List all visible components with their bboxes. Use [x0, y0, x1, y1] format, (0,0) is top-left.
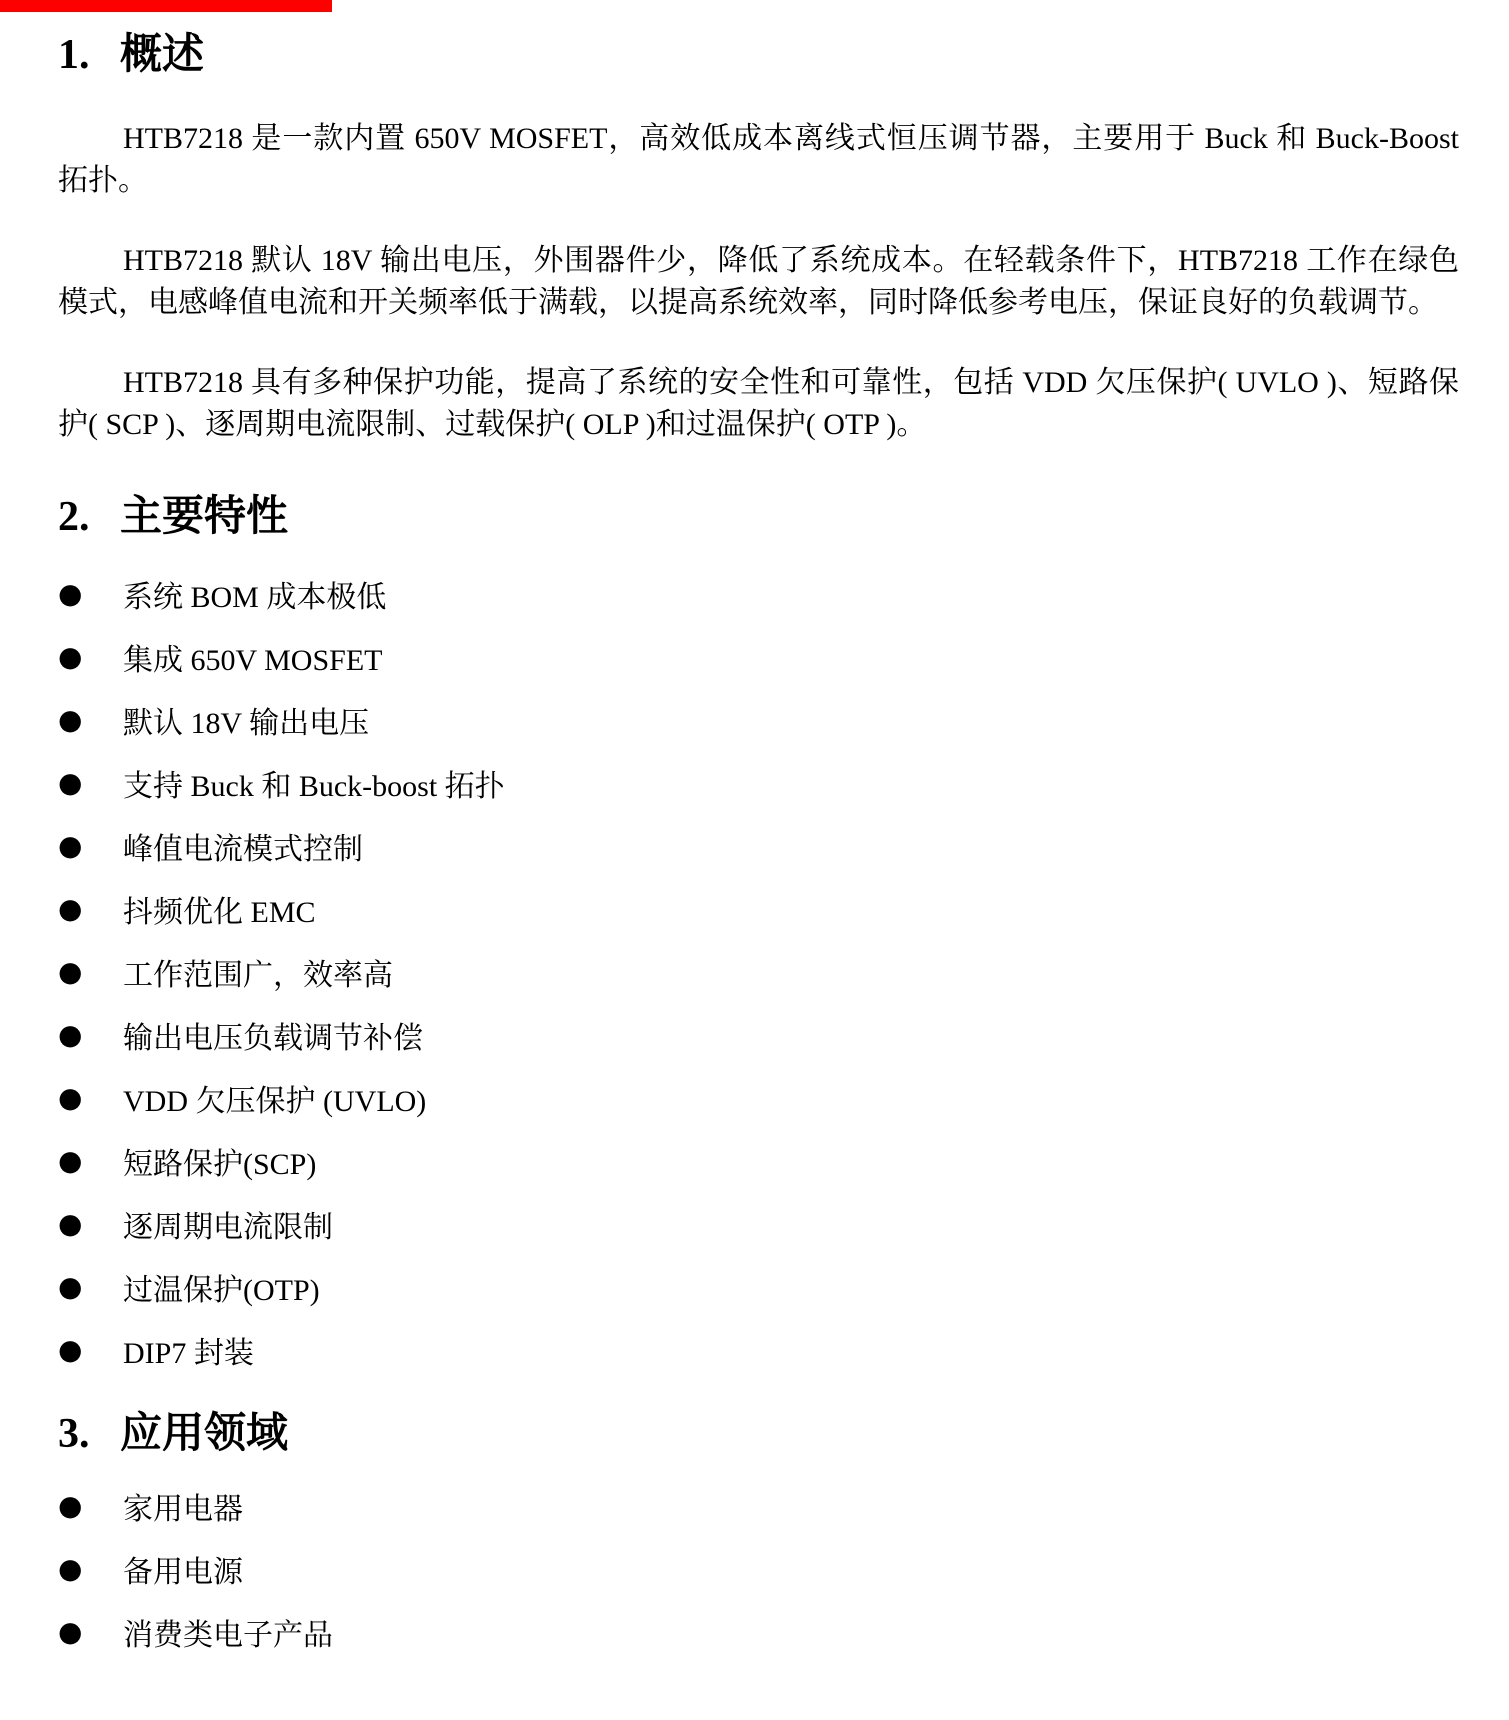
- section-heading: 1. 概述: [58, 30, 1459, 80]
- bullet-item: ● 输出电压负载调节补偿: [58, 1003, 1459, 1066]
- bullet-marker: ●: [58, 1021, 123, 1049]
- bullet-item: ● 消费类电子产品: [58, 1600, 1459, 1663]
- section-title: 概述: [120, 30, 204, 80]
- bullet-text: 过温保护(OTP): [123, 1265, 320, 1309]
- section-title: 应用领域: [120, 1409, 288, 1459]
- bullet-item: ● 集成 650V MOSFET: [58, 625, 1459, 688]
- bullet-item: ● DIP7 封装: [58, 1318, 1459, 1381]
- bullet-item: ● 支持 Buck 和 Buck-boost 拓扑: [58, 751, 1459, 814]
- document-content: 1. 概述 HTB7218 是一款内置 650V MOSFET，高效低成本离线式…: [58, 30, 1459, 1663]
- paragraph: HTB7218 是一款内置 650V MOSFET，高效低成本离线式恒压调节器，…: [58, 118, 1459, 202]
- redaction-bar: [0, 0, 332, 12]
- section-title: 主要特性: [120, 492, 288, 542]
- document-section: 1. 概述 HTB7218 是一款内置 650V MOSFET，高效低成本离线式…: [58, 30, 1459, 446]
- bullet-marker: ●: [58, 1555, 123, 1583]
- bullet-marker: ●: [58, 1492, 123, 1520]
- bullet-item: ● 逐周期电流限制: [58, 1192, 1459, 1255]
- bullet-item: ● 系统 BOM 成本极低: [58, 562, 1459, 625]
- bullet-marker: ●: [58, 1618, 123, 1646]
- bullet-list: ● 系统 BOM 成本极低 ● 集成 650V MOSFET ● 默认 18V …: [58, 562, 1459, 1381]
- section-heading: 3. 应用领域: [58, 1409, 1459, 1459]
- bullet-text: 家用电器: [123, 1484, 243, 1528]
- bullet-text: 消费类电子产品: [123, 1610, 333, 1654]
- bullet-marker: ●: [58, 1210, 123, 1238]
- section-heading: 2. 主要特性: [58, 492, 1459, 542]
- bullet-item: ● 过温保护(OTP): [58, 1255, 1459, 1318]
- bullet-item: ● 默认 18V 输出电压: [58, 688, 1459, 751]
- bullet-marker: ●: [58, 643, 123, 671]
- bullet-marker: ●: [58, 895, 123, 923]
- paragraph: HTB7218 默认 18V 输出电压，外围器件少，降低了系统成本。在轻载条件下…: [58, 240, 1459, 324]
- bullet-item: ● 备用电源: [58, 1537, 1459, 1600]
- bullet-marker: ●: [58, 769, 123, 797]
- document-section: 2. 主要特性 ● 系统 BOM 成本极低 ● 集成 650V MOSFET ●…: [58, 492, 1459, 1381]
- bullet-item: ● 工作范围广，效率高: [58, 940, 1459, 1003]
- section-number: 1.: [58, 30, 120, 80]
- bullet-marker: ●: [58, 1273, 123, 1301]
- bullet-marker: ●: [58, 580, 123, 608]
- bullet-item: ● 家用电器: [58, 1474, 1459, 1537]
- bullet-text: 峰值电流模式控制: [123, 824, 363, 868]
- bullet-text: 输出电压负载调节补偿: [123, 1013, 423, 1057]
- bullet-marker: ●: [58, 1084, 123, 1112]
- bullet-item: ● 短路保护(SCP): [58, 1129, 1459, 1192]
- paragraph: HTB7218 具有多种保护功能，提高了系统的安全性和可靠性，包括 VDD 欠压…: [58, 362, 1459, 446]
- bullet-item: ● 峰值电流模式控制: [58, 814, 1459, 877]
- bullet-marker: ●: [58, 1336, 123, 1364]
- page: 1. 概述 HTB7218 是一款内置 650V MOSFET，高效低成本离线式…: [0, 0, 1509, 1720]
- bullet-text: 集成 650V MOSFET: [123, 635, 382, 679]
- section-number: 2.: [58, 492, 120, 542]
- bullet-text: 系统 BOM 成本极低: [123, 572, 386, 616]
- bullet-list: ● 家用电器 ● 备用电源 ● 消费类电子产品: [58, 1474, 1459, 1663]
- bullet-text: 备用电源: [123, 1547, 243, 1591]
- bullet-marker: ●: [58, 1147, 123, 1175]
- bullet-marker: ●: [58, 706, 123, 734]
- document-section: 3. 应用领域 ● 家用电器 ● 备用电源 ● 消费类电子产品: [58, 1409, 1459, 1663]
- bullet-text: DIP7 封装: [123, 1328, 254, 1372]
- section-number: 3.: [58, 1409, 120, 1459]
- bullet-text: 短路保护(SCP): [123, 1139, 316, 1183]
- bullet-text: 抖频优化 EMC: [123, 887, 316, 931]
- bullet-text: 工作范围广，效率高: [123, 950, 393, 994]
- bullet-marker: ●: [58, 958, 123, 986]
- bullet-item: ● 抖频优化 EMC: [58, 877, 1459, 940]
- bullet-text: 默认 18V 输出电压: [123, 698, 369, 742]
- bullet-item: ● VDD 欠压保护 (UVLO): [58, 1066, 1459, 1129]
- bullet-text: VDD 欠压保护 (UVLO): [123, 1076, 426, 1120]
- bullet-text: 支持 Buck 和 Buck-boost 拓扑: [123, 761, 505, 805]
- bullet-text: 逐周期电流限制: [123, 1202, 333, 1246]
- bullet-marker: ●: [58, 832, 123, 860]
